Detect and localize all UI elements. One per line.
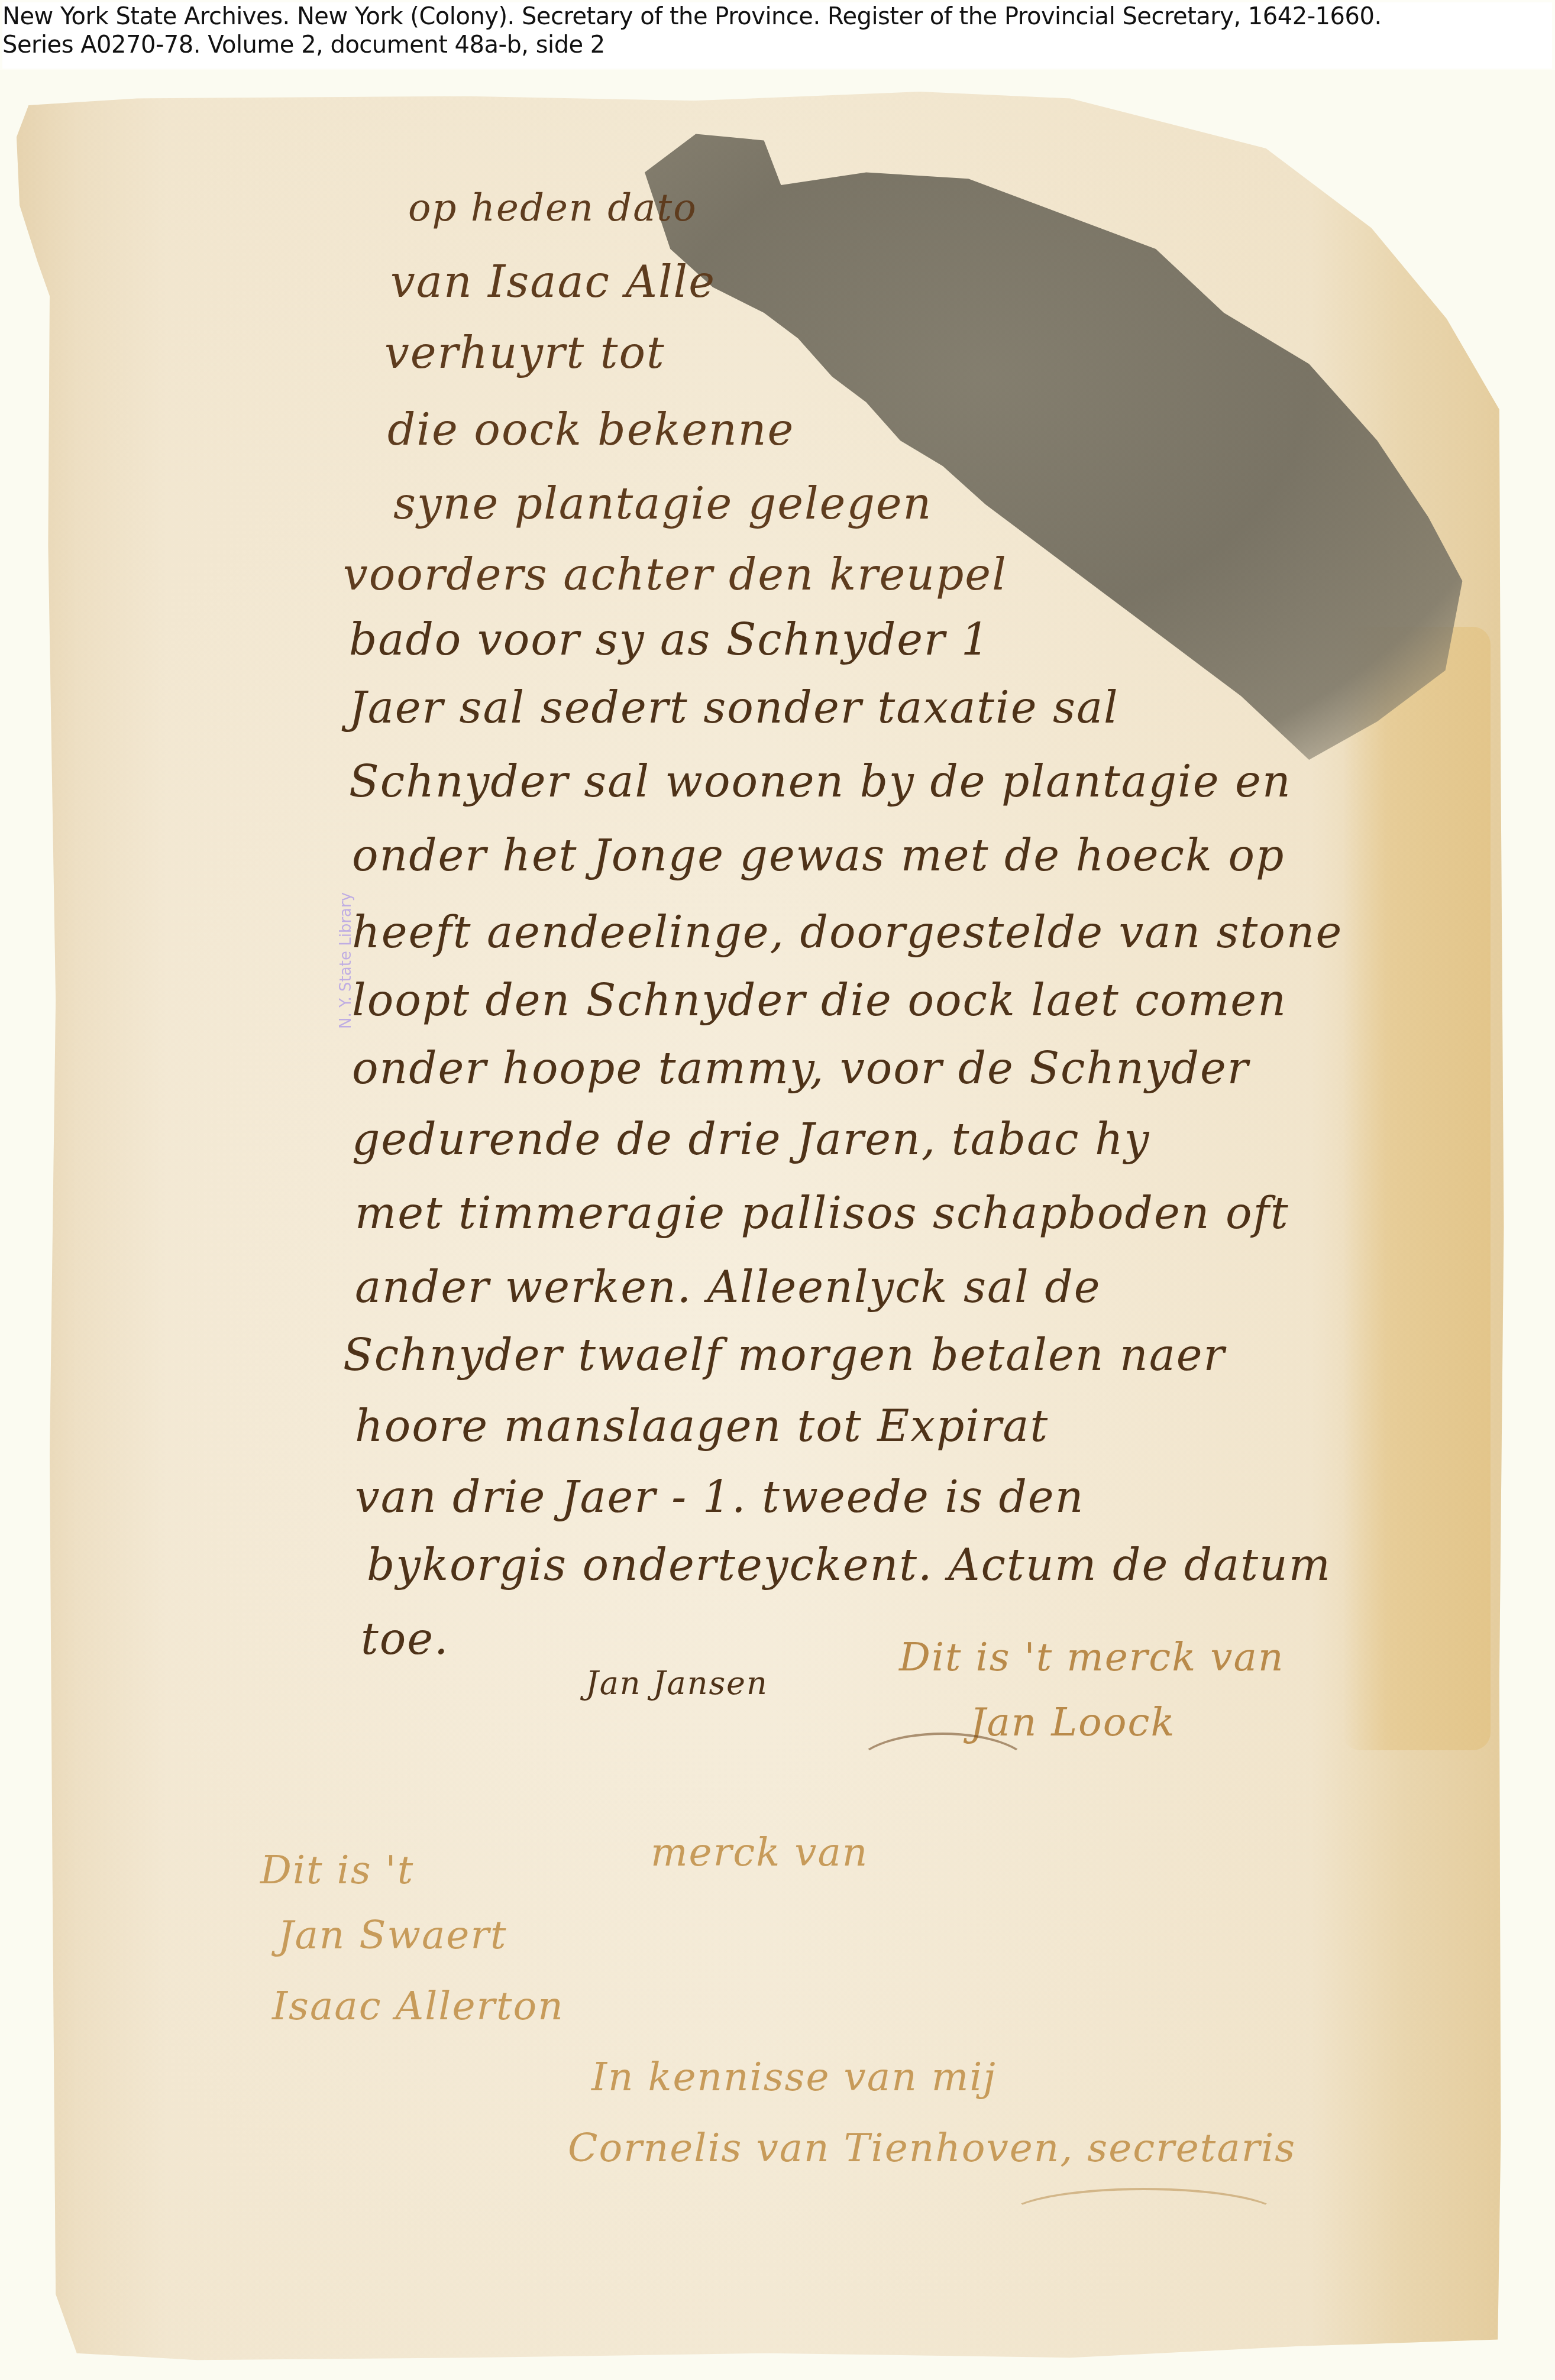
manuscript-line: toe.: [361, 1617, 450, 1661]
manuscript-line: bykorgis onderteyckent. Actum de datum: [367, 1543, 1331, 1587]
witness-isaac-allerton: Isaac Allerton: [272, 1987, 564, 2026]
water-stain-right-edge: [1343, 627, 1491, 1750]
manuscript-line: syne plantagie gelegen: [393, 482, 932, 526]
manuscript-line: Schnyder twaelf morgen betalen naer: [343, 1333, 1226, 1377]
signature-jan-loock: Jan Loock: [970, 1703, 1176, 1742]
manuscript-line: met timmeragie pallisos schapboden oft: [355, 1191, 1289, 1235]
signature-mark-label: Dit is 't merck van: [899, 1638, 1284, 1677]
manuscript-line: Schnyder sal woonen by de plantagie en: [349, 760, 1292, 804]
manuscript-line: Jaer sal sedert sonder taxatie sal: [349, 686, 1119, 730]
witness-in-kennisse: In kennisse van mij: [591, 2058, 997, 2097]
manuscript-line: die oock bekenne: [387, 408, 794, 452]
signature-flourish: [852, 1733, 1034, 1808]
manuscript-line: onder het Jonge gewas met de hoeck op: [352, 834, 1285, 877]
archive-caption: New York State Archives. New York (Colon…: [2, 2, 1552, 69]
manuscript-line: verhuyrt tot: [384, 331, 665, 375]
caption-line-1: New York State Archives. New York (Colon…: [2, 2, 1552, 31]
manuscript-line: van Isaac Alle: [390, 260, 716, 304]
manuscript-line: gedurende de drie Jaren, tabac hy: [352, 1118, 1150, 1161]
manuscript-line: loopt den Schnyder die oock laet comen: [352, 979, 1287, 1022]
signature-jan-jansen: Jan Jansen: [586, 1667, 768, 1699]
caption-line-2: Series A0270-78. Volume 2, document 48a-…: [2, 31, 1552, 59]
manuscript-line: op heden dato: [408, 189, 697, 227]
manuscript-line: heeft aendeelinge, doorgestelde van ston…: [352, 911, 1343, 954]
secretary-paraph-flourish: [1006, 2188, 1282, 2246]
manuscript-line: onder hoope tammy, voor de Schnyder: [352, 1047, 1249, 1090]
witness-cornelis-van-tienhoven: Cornelis van Tienhoven, secretaris: [568, 2129, 1296, 2168]
witness-mark-of: merck van: [651, 1833, 868, 1872]
witness-jan-swaert: Jan Swaert: [278, 1916, 507, 1955]
manuscript-line: ander werken. Alleenlyck sal de: [355, 1265, 1101, 1309]
witness-mark-label: Dit is 't: [260, 1851, 414, 1890]
manuscript-line: van drie Jaer - 1. tweede is den: [355, 1475, 1084, 1519]
manuscript-line: voorders achter den kreupel: [343, 553, 1007, 597]
manuscript-line: hoore manslaagen tot Expirat: [355, 1404, 1049, 1448]
manuscript-line: bado voor sy as Schnyder 1: [349, 618, 990, 662]
